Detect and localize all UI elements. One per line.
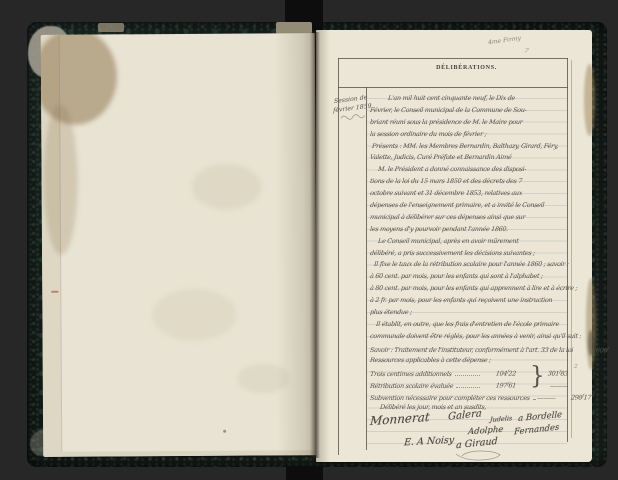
- frame-border-right-outer: [571, 60, 572, 438]
- handwritten-text: tions de la loi du 15 mars 1850 et des d…: [369, 176, 522, 188]
- handwritten-text: Trois centimes additionnels: [369, 369, 452, 381]
- torn-edge: [588, 330, 594, 356]
- amount: ———: [531, 381, 568, 393]
- signature: E. A Noisy: [404, 435, 455, 449]
- handwritten-text: Présents : MM. les Membres Bernardin, Ba…: [369, 141, 558, 153]
- signature: Adolphe: [468, 425, 504, 438]
- spine-gap-bottom: [286, 466, 323, 480]
- account-row: Savoir : Traitement de l'instituteur, co…: [370, 343, 568, 355]
- account-row: Rétribution scolaire évaluée197f61———: [370, 378, 568, 390]
- handwritten-line: Février, le Conseil municipal de la Comm…: [370, 105, 568, 117]
- left-page: [41, 33, 318, 457]
- deliberations-header: DÉLIBÉRATIONS.: [366, 65, 567, 71]
- handwritten-text: communale doivent être réglés, pour les …: [369, 331, 582, 343]
- handwritten-line: Il établit, en outre, que les frais d'en…: [370, 319, 568, 331]
- handwritten-line: à 60 cent. par mois, pour les enfants qu…: [370, 271, 568, 283]
- handwritten-line: communale doivent être réglés, pour les …: [370, 331, 568, 343]
- amount: 600f: [595, 343, 609, 357]
- account-row: Subvention nécessaire pour compléter ces…: [370, 390, 568, 402]
- ink-speck: [223, 430, 226, 433]
- handwritten-line: Le Conseil municipal, après en avoir mûr…: [370, 236, 568, 248]
- handwritten-line: la session ordinaire du mois de février …: [370, 129, 568, 141]
- handwritten-line: à 80 cent. par mois, pour les enfants qu…: [370, 283, 568, 295]
- handwritten-line: les moyens d'y pourvoir pendant l'année …: [370, 224, 568, 236]
- amount: 197f61: [481, 378, 517, 392]
- edge-mark: 2: [574, 364, 578, 370]
- handwritten-line: L'an mil huit cent cinquante neuf, le Di…: [370, 93, 568, 105]
- signature: Galera: [448, 408, 482, 423]
- handwritten-text: Il établit, en outre, que les frais d'en…: [369, 319, 559, 331]
- handwritten-text: Valette, Judicis, Curé Préfote et Bernar…: [369, 152, 512, 164]
- handwritten-text: dépenses de l'enseignement primaire, et …: [369, 200, 544, 212]
- handwritten-text: à 80 cent. par mois, pour les enfants qu…: [369, 283, 577, 295]
- page-stain: [43, 105, 78, 255]
- amount: ———: [536, 393, 556, 405]
- amount: 298f17: [570, 390, 592, 404]
- handwritten-line: M. le Président a donné connaissance des…: [370, 164, 568, 176]
- signature: Monnerat: [370, 410, 431, 428]
- torn-edge: [584, 64, 595, 136]
- page-stain: [152, 289, 236, 342]
- signature: a Bordelle: [518, 410, 563, 424]
- handwritten-text: Il fixe le taux de la rétribution scolai…: [369, 259, 569, 271]
- handwritten-text: Rétribution scolaire évaluée: [369, 381, 453, 393]
- handwritten-text: à 60 cent. par mois, pour les enfants qu…: [369, 271, 543, 283]
- signatures-block: MonneratGaleraJudelisa BordelleAdolpheFe…: [368, 412, 570, 472]
- handwritten-line: dépenses de l'enseignement primaire, et …: [370, 200, 568, 212]
- amount: 301f83: [531, 366, 569, 380]
- handwritten-text: délibéré, a pris successivement les déci…: [369, 248, 535, 260]
- page-stain: [192, 163, 262, 209]
- handwritten-line: délibéré, a pris successivement les déci…: [370, 248, 568, 260]
- right-page: DÉLIBÉRATIONS. 4me Firmy 7 Session de fé…: [316, 30, 592, 462]
- handwritten-text: les moyens d'y pourvoir pendant l'année …: [369, 224, 508, 236]
- handwritten-line: Valette, Judicis, Curé Préfote et Bernar…: [370, 152, 568, 164]
- pencil-inscription: 4me Firmy: [488, 35, 522, 47]
- margin-session-note: Session de février 1859: [329, 94, 374, 126]
- scanned-register-photo: DÉLIBÉRATIONS. 4me Firmy 7 Session de fé…: [0, 0, 618, 480]
- pencil-inscription-flourish: 7: [523, 47, 529, 56]
- handwritten-line: briant réuni sous la présidence de M. le…: [370, 117, 568, 129]
- cover-wear-patch: [98, 23, 124, 32]
- handwritten-text: octobre suivant et 31 décembre 1853, rel…: [369, 188, 522, 200]
- handwritten-text: à 2 fr. par mois, pour les enfants qui r…: [369, 295, 552, 307]
- book-gutter: [310, 32, 320, 458]
- handwritten-line: octobre suivant et 31 décembre 1853, rel…: [370, 188, 568, 200]
- handwritten-text: M. le Président a donné connaissance des…: [369, 164, 526, 176]
- handwritten-text: L'an mil huit cent cinquante neuf, le Di…: [369, 93, 515, 105]
- handwritten-text: briant réuni sous la présidence de M. le…: [369, 117, 523, 129]
- handwritten-text: plus étendue ;: [369, 307, 412, 319]
- spine-headcap: [276, 22, 312, 34]
- handwritten-line: plus étendue ;: [370, 307, 568, 319]
- handwritten-line: à 2 fr. par mois, pour les enfants qui r…: [370, 295, 568, 307]
- red-mark: [51, 291, 58, 293]
- handwritten-text: Le Conseil municipal, après en avoir mûr…: [369, 236, 519, 248]
- handwritten-text: Ressources applicables à cette dépense ;: [369, 355, 491, 367]
- account-row: Trois centimes additionnels104f22301f83: [370, 366, 568, 378]
- frame-border-top: [338, 58, 568, 59]
- handwritten-text: la session ordinaire du mois de février …: [369, 129, 487, 141]
- handwritten-line: Il fixe le taux de la rétribution scolai…: [370, 259, 568, 271]
- handwritten-text: municipal à délibérer sur ces dépenses a…: [369, 212, 525, 224]
- signature: Judelis: [490, 414, 513, 424]
- handwritten-line: Présents : MM. les Membres Bernardin, Ba…: [370, 141, 568, 153]
- handwritten-line: municipal à délibérer sur ces dépenses a…: [370, 212, 568, 224]
- handwritten-text: Février, le Conseil municipal de la Comm…: [369, 105, 527, 117]
- handwritten-line: tions de la loi du 15 mars 1850 et des d…: [370, 176, 568, 188]
- deliberation-text: } L'an mil huit cent cinquante neuf, le …: [370, 93, 568, 414]
- signature: Fernandes: [514, 423, 559, 438]
